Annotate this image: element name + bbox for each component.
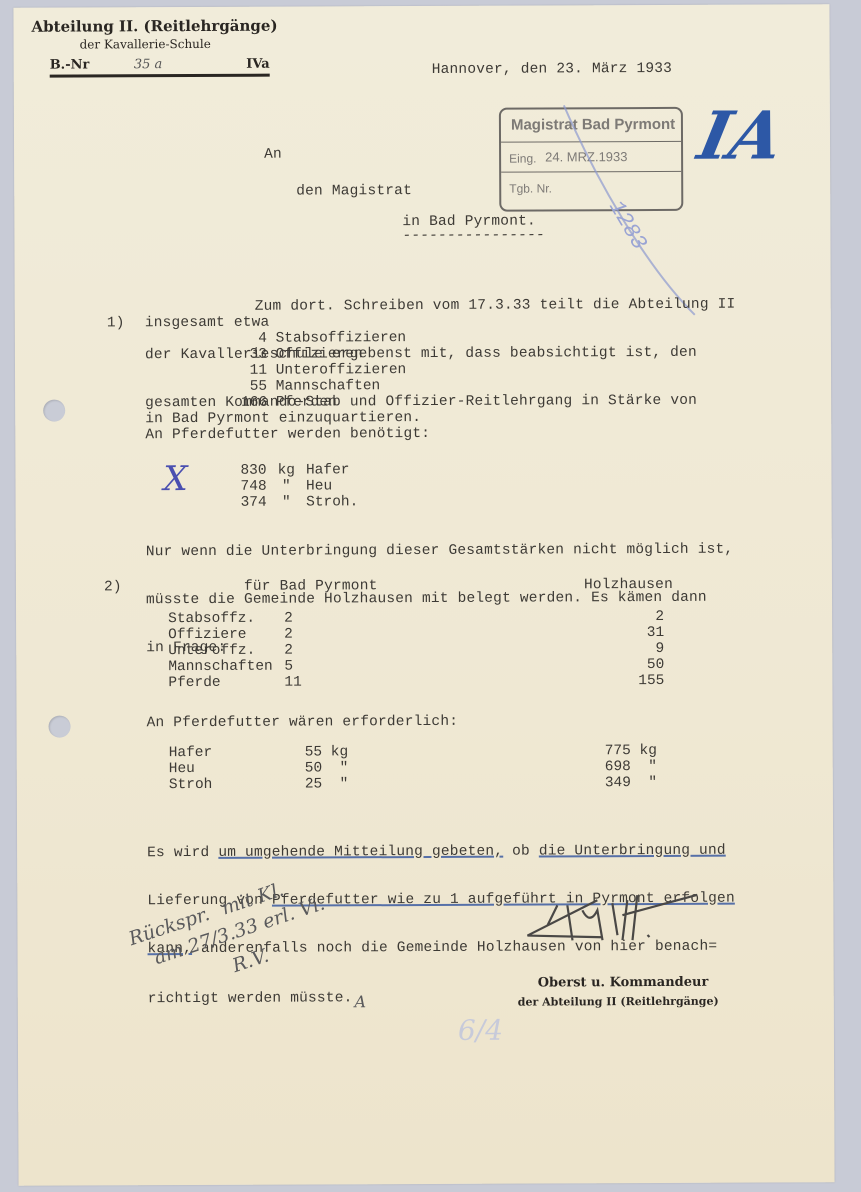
handwritten-ia-mark: IA xyxy=(692,96,790,174)
handwritten-x-mark: X xyxy=(163,459,187,499)
signature-title: Oberst u. Kommandeur xyxy=(538,975,709,991)
punch-hole-bottom xyxy=(49,716,71,738)
reference-number: 35 a xyxy=(134,57,163,72)
fodder-2-intro: An Pferdefutter wären erforderlich: xyxy=(147,714,459,731)
list-item: 11 Unteroffizieren xyxy=(233,362,406,379)
table-row: Pferde11155 xyxy=(168,673,664,691)
list-item: 748 " Heu xyxy=(240,478,358,495)
reference-suffix: IVa xyxy=(246,57,269,72)
addressee-to: An xyxy=(264,147,282,163)
document-page: Abteilung II. (Reitlehrgänge) der Kavall… xyxy=(13,4,834,1186)
stamp-received-label: Eing. xyxy=(509,152,536,166)
place-date: Hannover, den 23. März 1933 xyxy=(432,61,672,78)
list-item: 830 kg Hafer xyxy=(240,462,358,479)
item-2-marker: 2) xyxy=(104,579,122,595)
letterhead: Abteilung II. (Reitlehrgänge) der Kavall… xyxy=(31,17,277,78)
fodder-list: 830 kg Hafer 748 " Heu 374 " Stroh. xyxy=(240,462,358,511)
fodder-intro: An Pferdefutter werden benötigt: xyxy=(145,426,430,443)
letterhead-reference: B.-Nr 35 a IVa xyxy=(50,57,270,78)
list-item: 4 Stabsoffizieren xyxy=(233,330,406,347)
closing-line-1: Es wird um umgehende Mitteilung gebeten,… xyxy=(147,843,735,862)
underlined-request: um umgehende Mitteilung gebeten, xyxy=(218,844,503,861)
list-item: 166 Pferden xyxy=(233,394,406,411)
underlined-lodging: die Unterbringung und xyxy=(539,843,726,860)
addressee-underline: ---------------- xyxy=(402,227,545,244)
punch-hole-top xyxy=(43,400,65,422)
stamp-tgb-label: Tgb. Nr. xyxy=(509,181,552,195)
handwritten-a-mark: A xyxy=(354,992,366,1011)
header-bad-pyrmont: für Bad Pyrmont xyxy=(244,578,378,595)
faint-blue-note: 6/4 xyxy=(458,1014,503,1047)
strength-list: 4 Stabsoffizieren 33 Offizieren 11 Unter… xyxy=(233,330,407,411)
quarter-line: in Bad Pyrmont einzuquartieren. xyxy=(145,410,421,427)
table-row: Stroh25 "349 " xyxy=(169,775,657,793)
list-item: 374 " Stroh. xyxy=(241,494,359,511)
list-item: 55 Mannschaften xyxy=(233,378,406,395)
letterhead-school: der Kavallerie-Schule xyxy=(80,37,278,52)
fodder-table: Hafer55 kg775 kg Heu50 "698 " Stroh25 "3… xyxy=(169,743,657,793)
letterhead-department: Abteilung II. (Reitlehrgänge) xyxy=(31,17,277,36)
item-1-intro: insgesamt etwa xyxy=(145,315,270,332)
header-holzhausen: Holzhausen xyxy=(584,577,673,593)
signature-scrawl xyxy=(517,885,717,966)
signature-unit: der Abteilung II (Reitlehrgänge) xyxy=(518,995,719,1009)
list-item: 33 Offizieren xyxy=(233,346,406,363)
split-table: Stabsoffz.22 Offiziere231 Unteroffz.29 M… xyxy=(168,609,664,691)
reference-prefix: B.-Nr xyxy=(50,57,90,72)
svg-text:1283: 1283 xyxy=(603,196,651,254)
addressee-recipient: den Magistrat xyxy=(296,183,412,200)
paragraph-2-line-1: Nur wenn die Unterbringung dieser Gesamt… xyxy=(146,542,734,561)
paragraph-1-line-1: Zum dort. Schreiben vom 17.3.33 teilt di… xyxy=(255,297,736,315)
item-1-marker: 1) xyxy=(107,315,125,331)
